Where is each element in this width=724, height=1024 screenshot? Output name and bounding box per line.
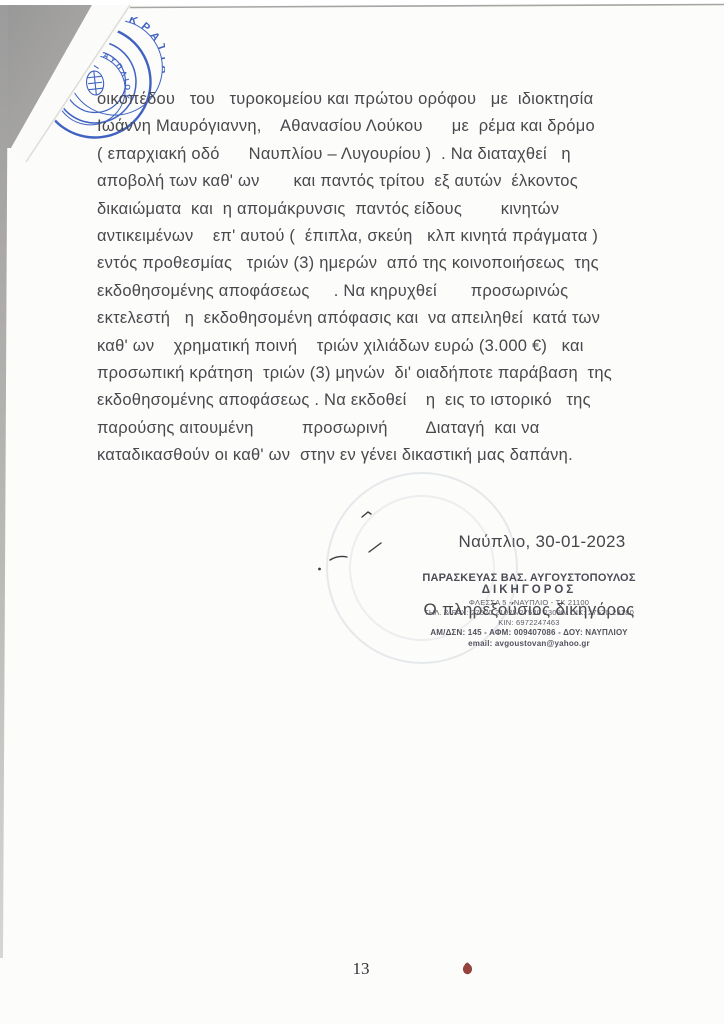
date-place-line: Ναύπλιο, 30-01-2023	[418, 532, 640, 552]
scanner-left-strip	[0, 5, 8, 958]
pen-marks	[318, 512, 381, 570]
lawyer-registry: ΑΜ/ΔΣΝ: 145 - ΑΦΜ: 009407086 - ΔΟΥ: ΝΑΥΠ…	[383, 629, 675, 637]
body-text-line: παρούσης αιτουμένη προσωρινή Διαταγή και…	[97, 415, 657, 442]
lawyer-phone: ΤΗΛ. & FAX: 27520 21025/27520 23090/ ΟΙΚ…	[383, 609, 675, 617]
scanner-lid-strip	[0, 0, 724, 5]
body-text-line: καθ' ων χρηματική ποινή τριών χιλιάδων ε…	[97, 333, 657, 360]
lawyer-address: ΦΛΕΣΣΑ 5 - ΝΑΥΠΛΙΟ - ΤΚ 21100	[383, 599, 675, 607]
body-text-line: προσωπική κράτηση τριών (3) μηνών δι' οι…	[97, 360, 657, 387]
lawyer-email: email: avgoustovan@yahoo.gr	[383, 640, 675, 648]
body-text-line: εκτελεστή η εκδοθησομένη απόφασις και να…	[97, 305, 657, 332]
body-text-line: εκδοθησομένης αποφάσεως . Να κηρυχθεί πρ…	[97, 278, 657, 305]
body-text-line: εκδοθησομένης αποφάσεως . Να εκδοθεί η ε…	[97, 387, 657, 414]
body-text-line: αποβολή των καθ' ων και παντός τρίτου εξ…	[97, 168, 657, 195]
lawyer-rubber-stamp: ΠΑΡΑΣΚΕΥΑΣ ΒΑΣ. ΑΥΓΟΥΣΤΟΠΟΥΛΟΣ ΔΙΚΗΓΟΡΟΣ…	[383, 573, 675, 648]
body-text-line: οικοπέδου του τυροκομείου και πρώτου ορό…	[97, 86, 657, 113]
document-body-text: οικοπέδου του τυροκομείου και πρώτου ορό…	[97, 86, 657, 469]
scanned-legal-document-page: ΔΗΜΟΚΡΑΤΙΑ ΚΕΙΟ ΝΑΥΠΛΙΟΥ οικοπέδου του τ…	[0, 0, 724, 1024]
body-text-line: ( επαρχιακή οδό Ναυπλίου – Λυγουρίου ) .…	[97, 141, 657, 168]
lawyer-name: ΠΑΡΑΣΚΕΥΑΣ ΒΑΣ. ΑΥΓΟΥΣΤΟΠΟΥΛΟΣ	[383, 573, 675, 584]
lawyer-title: ΔΙΚΗΓΟΡΟΣ	[383, 585, 675, 597]
body-text-line: Ιωάννη Μαυρόγιαννη, Αθανασίου Λούκου με …	[97, 113, 657, 140]
body-text-line: εντός προθεσμίας τριών (3) ημερών από τη…	[97, 250, 657, 277]
page-number: 13	[336, 959, 386, 979]
body-text-line: αντικειμένων επ' αυτού ( έπιπλα, σκεύη κ…	[97, 223, 657, 250]
red-ink-dot	[463, 963, 472, 974]
body-text-line: καταδικασθούν οι καθ' ων στην εν γένει δ…	[97, 442, 657, 469]
page-top-edge	[130, 5, 724, 8]
body-text-line: δικαιώματα και η απομάκρυνσις παντός είδ…	[97, 196, 657, 223]
lawyer-mobile: ΚΙΝ: 6972247463	[383, 619, 675, 627]
